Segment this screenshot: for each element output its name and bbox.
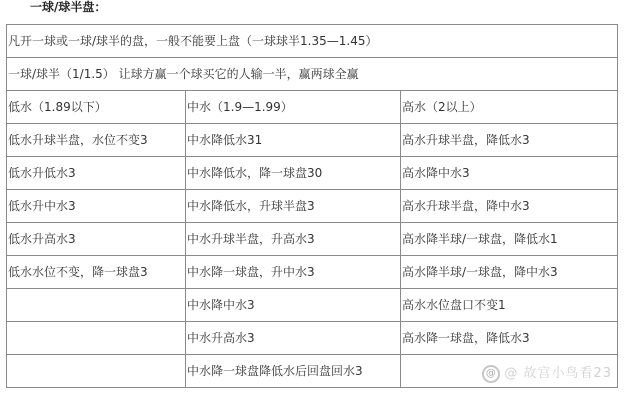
- table-cell: 高水升球半盘，降中水3: [401, 190, 618, 223]
- table-row: 低水升高水3 中水升球半盘，升高水3 高水降半球/一球盘，降低水1: [7, 223, 618, 256]
- intro-cell: 一球/球半（1/1.5） 让球方赢一个球买它的人输一半，赢两球全赢: [7, 58, 618, 91]
- column-header-mid-water: 中水（1.9—1.99）: [186, 91, 401, 124]
- table-cell: 中水降一球盘降低水后回盘回水3: [186, 355, 401, 388]
- column-header-low-water: 低水（1.89以下）: [7, 91, 186, 124]
- table-cell: 低水升中水3: [7, 190, 186, 223]
- column-header-row: 低水（1.89以下） 中水（1.9—1.99） 高水（2以上）: [7, 91, 618, 124]
- table-cell: 高水降半球/一球盘，降中水3: [401, 256, 618, 289]
- table-cell: 中水降一球盘，升中水3: [186, 256, 401, 289]
- table-row: 中水降一球盘降低水后回盘回水3: [7, 355, 618, 388]
- table-cell: 低水升高水3: [7, 223, 186, 256]
- table-cell: 中水升球半盘，升高水3: [186, 223, 401, 256]
- table-cell: 中水降低水，升球半盘3: [186, 190, 401, 223]
- table-cell: [7, 355, 186, 388]
- table-cell: 中水降中水3: [186, 289, 401, 322]
- table-cell: [401, 355, 618, 388]
- table-cell: [7, 322, 186, 355]
- table-cell: 中水升高水3: [186, 322, 401, 355]
- table-row: 低水升中水3 中水降低水，升球半盘3 高水升球半盘，降中水3: [7, 190, 618, 223]
- section-heading: 一球/球半盘：: [30, 0, 106, 18]
- table-cell: 中水降低水，降一球盘30: [186, 157, 401, 190]
- table-cell: 低水水位不变，降一球盘3: [7, 256, 186, 289]
- table-cell: 高水降一球盘，降低水3: [401, 322, 618, 355]
- table-cell: 中水降低水31: [186, 124, 401, 157]
- odds-table: 凡开一球或一球/球半的盘，一般不能要上盘（一球球半1.35—1.45） 一球/球…: [6, 24, 618, 388]
- table-row: 低水水位不变，降一球盘3 中水降一球盘，升中水3 高水降半球/一球盘，降中水3: [7, 256, 618, 289]
- table-cell: 高水升球半盘，降低水3: [401, 124, 618, 157]
- table-cell: [7, 289, 186, 322]
- column-header-high-water: 高水（2以上）: [401, 91, 618, 124]
- table-cell: 高水水位盘口不变1: [401, 289, 618, 322]
- table-cell: 低水升低水3: [7, 157, 186, 190]
- table-row: 中水降中水3 高水水位盘口不变1: [7, 289, 618, 322]
- table-cell: 高水降半球/一球盘，降低水1: [401, 223, 618, 256]
- table-row: 中水升高水3 高水降一球盘，降低水3: [7, 322, 618, 355]
- table-cell: 高水降中水3: [401, 157, 618, 190]
- table-row: 低水升球半盘，水位不变3 中水降低水31 高水升球半盘，降低水3: [7, 124, 618, 157]
- table-row: 低水升低水3 中水降低水，降一球盘30 高水降中水3: [7, 157, 618, 190]
- intro-cell: 凡开一球或一球/球半的盘，一般不能要上盘（一球球半1.35—1.45）: [7, 25, 618, 58]
- intro-row: 一球/球半（1/1.5） 让球方赢一个球买它的人输一半，赢两球全赢: [7, 58, 618, 91]
- intro-row: 凡开一球或一球/球半的盘，一般不能要上盘（一球球半1.35—1.45）: [7, 25, 618, 58]
- table-cell: 低水升球半盘，水位不变3: [7, 124, 186, 157]
